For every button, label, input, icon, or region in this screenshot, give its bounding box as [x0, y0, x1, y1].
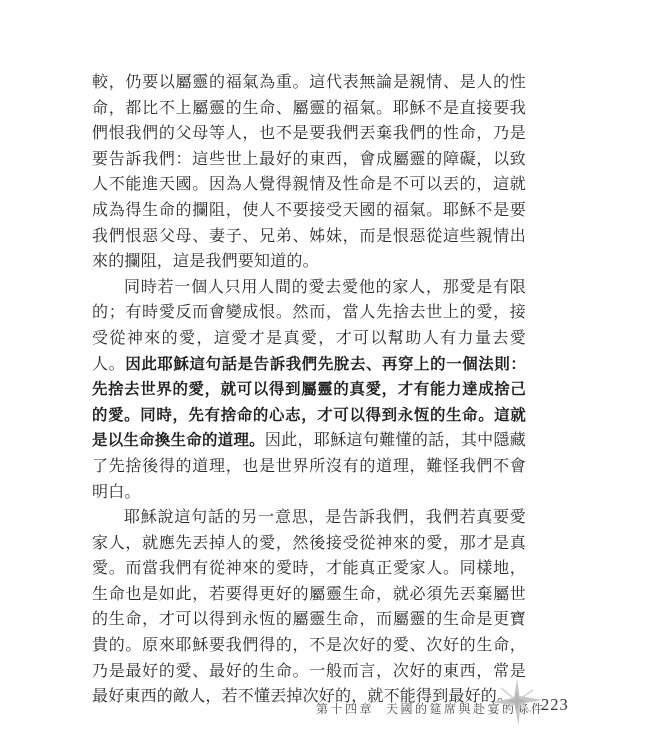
- paragraph: 較，仍要以屬靈的福氣為重。這代表無論是親情、是人的性命，都比不上屬靈的生命、屬靈…: [92, 70, 526, 275]
- paragraph: 同時若一個人只用人間的愛去愛他的家人，那愛是有限的；有時愛反而會變成恨。然而，當…: [92, 275, 526, 505]
- text-segment: 較，仍要以屬靈的福氣為重。這代表無論是親情、是人的性命，都比不上屬靈的生命、屬靈…: [92, 74, 526, 270]
- paragraph: 耶穌說這句話的另一意思，是告訴我們，我們若真要愛家人，就應先丟掉人的愛，然後接受…: [92, 505, 526, 710]
- sparkle-star-icon: [490, 679, 544, 727]
- body-text: 較，仍要以屬靈的福氣為重。這代表無論是親情、是人的性命，都比不上屬靈的生命、屬靈…: [92, 70, 526, 710]
- text-segment: 耶穌說這句話的另一意思，是告訴我們，我們若真要愛家人，就應先丟掉人的愛，然後接受…: [92, 509, 526, 705]
- book-page: 較，仍要以屬靈的福氣為重。這代表無論是親情、是人的性命，都比不上屬靈的生命、屬靈…: [0, 0, 650, 750]
- chapter-number: 第十四章: [316, 702, 374, 716]
- page-number: 223: [541, 695, 569, 715]
